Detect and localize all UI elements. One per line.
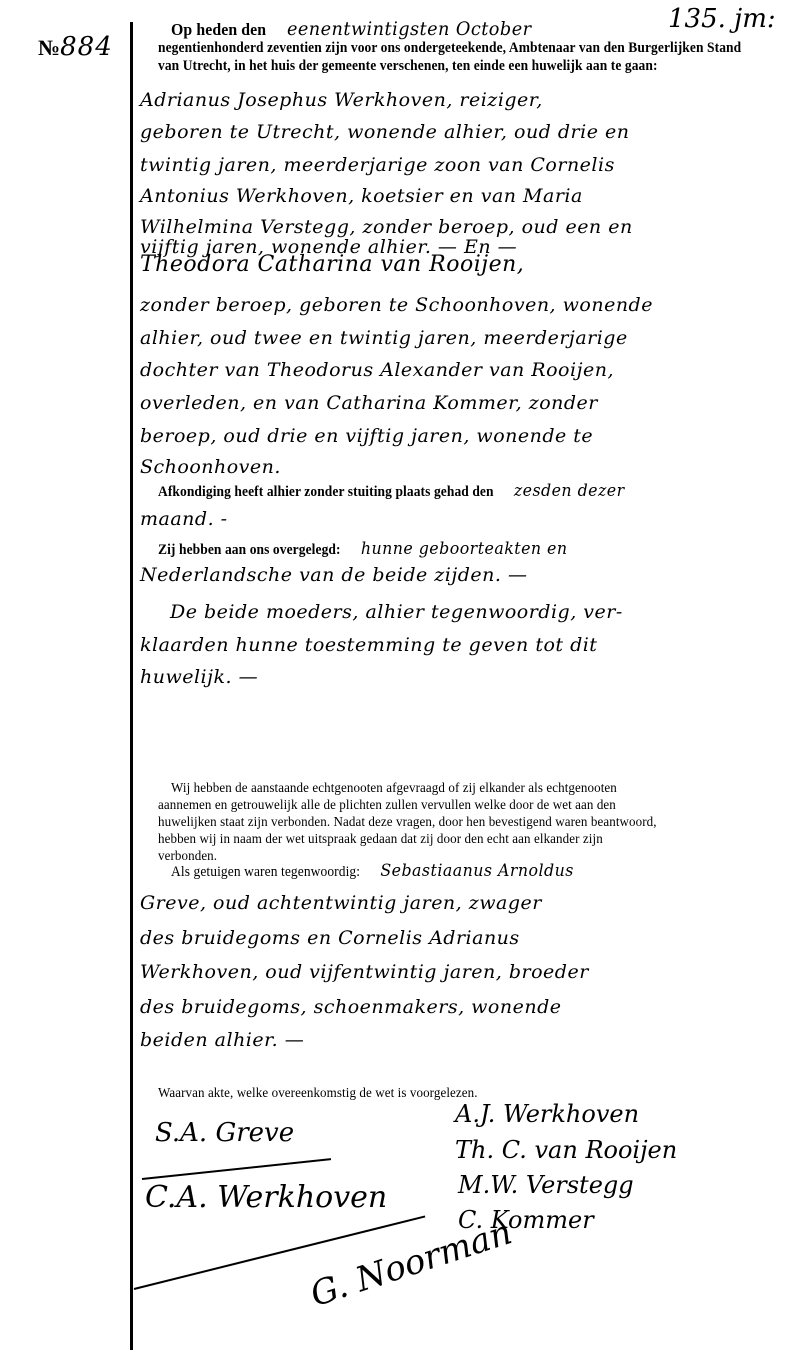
opening-paragraph: Op heden den eenentwintigsten October ne… (158, 20, 744, 75)
afkondiging-printed: Afkondiging heeft alhier zonder stuiting… (158, 484, 494, 500)
closing-line: Waarvan akte, welke overeenkomstig de we… (158, 1085, 744, 1103)
consent-line-1: De beide moeders, alhier tegenwoordig, v… (170, 597, 623, 627)
witness-hand-4: Werkhoven, oud vijfentwintig jaren, broe… (140, 957, 589, 987)
witnesses-printed: Als getuigen waren tegenwoordig: (158, 864, 360, 880)
witness-hand-5: des bruidegoms, schoenmakers, wonende (140, 992, 562, 1022)
akte-number: №884 (38, 32, 113, 62)
declaration-line-3: huwelijken staat zijn verbonden. Nadat d… (158, 814, 744, 831)
afkondiging-date-1: zesden dezer (514, 481, 625, 501)
marriage-date: eenentwintigsten October (287, 18, 532, 40)
signature-verstegg: M.W. Verstegg (458, 1171, 634, 1199)
overgelegd-hand-2: Nederlandsche van de beide zijden. — (140, 560, 528, 590)
parties-line-4: Antonius Werkhoven, koetsier en van Mari… (140, 181, 583, 211)
signature-official: G. Noorman (306, 1212, 517, 1315)
witness-hand-3: des bruidegoms en Cornelis Adrianus (140, 923, 520, 953)
signature-werkhoven-witness: C.A. Werkhoven (145, 1180, 387, 1215)
opening-lead-line: Op heden den eenentwintigsten October (158, 20, 744, 39)
parties-line-3: twintig jaren, meerderjarige zoon van Co… (140, 150, 615, 180)
declaration-line-4: hebben wij in naam der wet uitspraak ged… (158, 831, 744, 848)
witnesses-line: Als getuigen waren tegenwoordig: Sebasti… (158, 862, 744, 881)
signature-greve: S.A. Greve (155, 1118, 294, 1148)
bride-name-line: Theodora Catharina van Rooijen, (140, 250, 524, 280)
overgelegd-line: Zij hebben aan ons overgelegd: hunne geb… (158, 540, 744, 559)
signature-groom: A.J. Werkhoven (455, 1100, 639, 1128)
opening-body-2: van Utrecht, in het huis der gemeente ve… (158, 57, 744, 75)
parties-line-12: beroep, oud drie en vijftig jaren, wonen… (140, 421, 593, 451)
akte-number-value: 884 (60, 32, 113, 62)
overgelegd-hand-1: hunne geboorteakten en (361, 539, 568, 559)
opening-body-1: negentienhonderd zeventien zijn voor ons… (158, 39, 744, 57)
declaration-paragraph: Wij hebben de aanstaande echtgenooten af… (158, 780, 744, 865)
witness-hand-2: Greve, oud achtentwintig jaren, zwager (140, 888, 542, 918)
margin-rule (130, 22, 133, 1350)
signature-bride: Th. C. van Rooijen (455, 1136, 677, 1164)
overgelegd-printed: Zij hebben aan ons overgelegd: (158, 542, 341, 558)
declaration-line-2: aannemen en getrouwelijk alle de plichte… (158, 797, 744, 814)
parties-line-11: overleden, en van Catharina Kommer, zond… (140, 388, 598, 418)
consent-line-2: klaarden hunne toestemming te geven tot … (140, 630, 597, 660)
parties-line-8: zonder beroep, geboren te Schoonhoven, w… (140, 290, 653, 320)
parties-line-2: geboren te Utrecht, wonende alhier, oud … (140, 117, 629, 147)
afkondiging-date-2: maand. - (140, 504, 228, 534)
witness-hand-1: Sebastiaanus Arnoldus (380, 861, 574, 881)
parties-line-13: Schoonhoven. (140, 452, 281, 482)
number-sign: № (38, 35, 60, 60)
afkondiging-line: Afkondiging heeft alhier zonder stuiting… (158, 482, 744, 501)
parties-line-9: alhier, oud twee en twintig jaren, meerd… (140, 323, 628, 353)
consent-line-3: huwelijk. — (140, 662, 258, 692)
opening-lead: Op heden den (171, 20, 266, 39)
witness-hand-6: beiden alhier. — (140, 1025, 304, 1055)
signature-greve-flourish (142, 1158, 331, 1180)
parties-line-10: dochter van Theodorus Alexander van Rooi… (140, 355, 614, 385)
parties-line-1: Adrianus Josephus Werkhoven, reiziger, (140, 85, 543, 115)
declaration-line-1: Wij hebben de aanstaande echtgenooten af… (158, 780, 744, 797)
